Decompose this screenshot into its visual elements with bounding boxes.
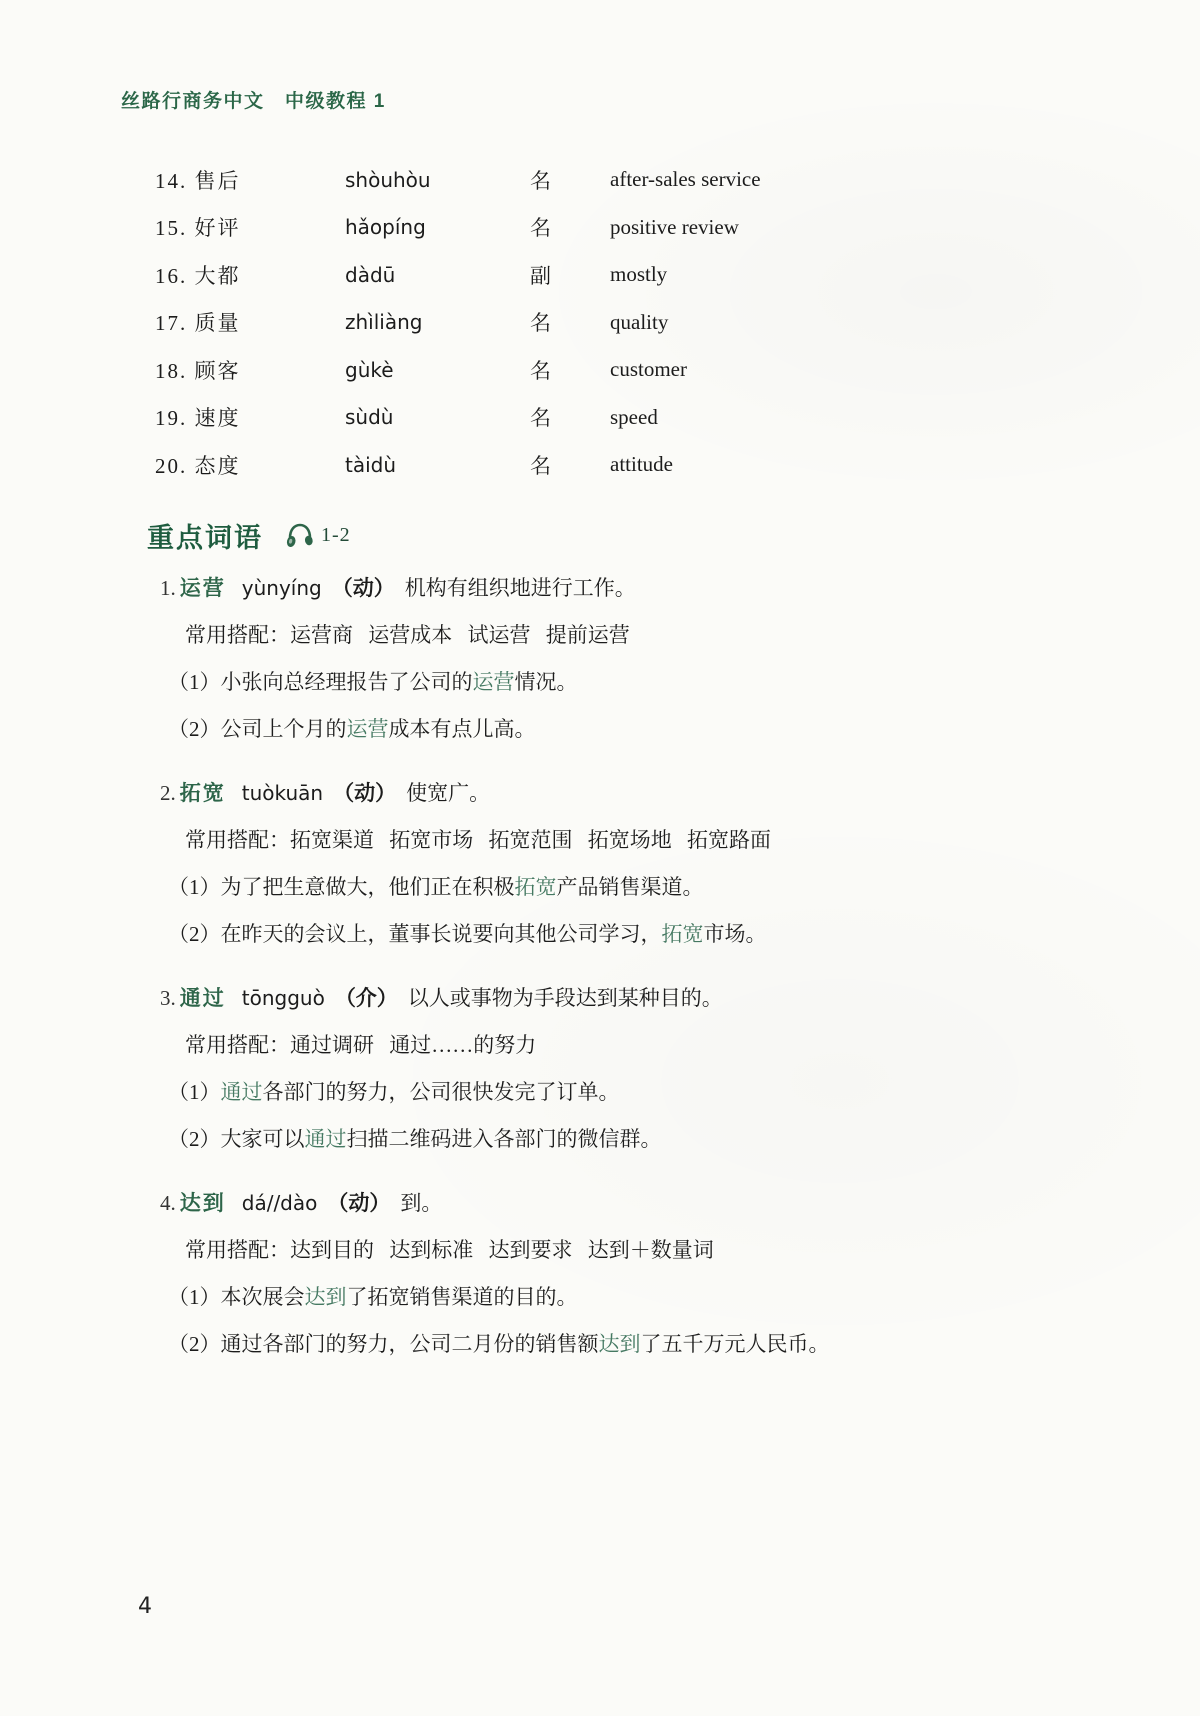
sentence-text: 了五千万元人民币。 xyxy=(641,1332,830,1356)
vocab-word: 14. 售后 xyxy=(155,156,345,204)
vocab-pinyin: zhìliàng xyxy=(345,299,530,347)
example-sentence: （1）为了把生意做大，他们正在积极拓宽产品销售渠道。 xyxy=(160,864,1080,911)
entry-definition: 使宽广。 xyxy=(406,781,490,805)
collocation-line: 常用搭配：达到目的 达到标准 达到要求 达到＋数量词 xyxy=(160,1227,1080,1274)
vocab-row: 15. 好评hǎopíng名positive review xyxy=(155,204,870,252)
sentence-text: 各部门的努力，公司很快发完了订单。 xyxy=(263,1080,620,1104)
sentence-text: （2）在昨天的会议上，董事长说要向其他公司学习， xyxy=(168,922,662,946)
entry-header: 3.通过tōngguò（介）以人或事物为手段达到某种目的。 xyxy=(160,975,1080,1022)
entry-pinyin: dá//dào xyxy=(242,1191,318,1215)
collocation-label: 常用搭配： xyxy=(185,1238,290,1262)
example-sentence: （1）小张向总经理报告了公司的运营情况。 xyxy=(160,659,1080,706)
textbook-page: 丝路行商务中文 中级教程 1 14. 售后shòuhòu名after-sales… xyxy=(0,0,1200,1716)
collocation-label: 常用搭配： xyxy=(185,623,290,647)
vocab-english: positive review xyxy=(610,204,870,252)
entry-pinyin: yùnyíng xyxy=(242,576,322,600)
audio-track-label: 1-2 xyxy=(321,524,351,547)
example-sentence: （2）通过各部门的努力，公司二月份的销售额达到了五千万元人民币。 xyxy=(160,1321,1080,1368)
vocab-table: 14. 售后shòuhòu名after-sales service15. 好评h… xyxy=(155,156,870,489)
entry-header: 4.达到dá//dào（动）到。 xyxy=(160,1180,1080,1227)
collocation-line: 常用搭配：运营商 运营成本 试运营 提前运营 xyxy=(160,612,1080,659)
highlighted-word: 运营 xyxy=(347,717,389,741)
sentence-text: （1）为了把生意做大，他们正在积极 xyxy=(168,875,515,899)
entry-header: 2.拓宽tuòkuān（动）使宽广。 xyxy=(160,770,1080,817)
sentence-text: 扫描二维码进入各部门的微信群。 xyxy=(347,1127,662,1151)
vocab-word: 20. 态度 xyxy=(155,441,345,489)
collocation-items: 通过调研 通过……的努力 xyxy=(290,1033,536,1057)
entry-headword: 通过 xyxy=(180,986,226,1010)
keyword-entries: 1.运营yùnyíng（动）机构有组织地进行工作。常用搭配：运营商 运营成本 试… xyxy=(160,565,1080,1385)
sentence-text: （1）本次展会 xyxy=(168,1285,305,1309)
vocab-pinyin: hǎopíng xyxy=(345,204,530,252)
section-header: 重点词语 1-2 xyxy=(147,516,351,555)
book-title: 丝路行商务中文 中级教程 1 xyxy=(121,86,386,113)
section-title: 重点词语 xyxy=(147,516,263,555)
audio-indicator: 1-2 xyxy=(285,522,351,550)
vocab-word: 19. 速度 xyxy=(155,394,345,442)
collocation-items: 拓宽渠道 拓宽市场 拓宽范围 拓宽场地 拓宽路面 xyxy=(290,828,771,852)
vocab-rows: 14. 售后shòuhòu名after-sales service15. 好评h… xyxy=(155,156,870,489)
vocab-row: 16. 大都dàdū副mostly xyxy=(155,251,870,299)
sentence-text: 情况。 xyxy=(515,670,578,694)
vocab-row: 19. 速度sùdù名speed xyxy=(155,394,870,442)
vocab-pinyin: gùkè xyxy=(345,346,530,394)
sentence-text: （1） xyxy=(168,1080,221,1104)
entry-headword: 达到 xyxy=(180,1191,226,1215)
vocab-word: 15. 好评 xyxy=(155,204,345,252)
vocab-row: 17. 质量zhìliàng名quality xyxy=(155,299,870,347)
example-sentence: （2）公司上个月的运营成本有点儿高。 xyxy=(160,706,1080,753)
vocab-word: 16. 大都 xyxy=(155,251,345,299)
sentence-text: 市场。 xyxy=(704,922,767,946)
entry-pinyin: tōngguò xyxy=(242,986,325,1010)
vocab-pos: 副 xyxy=(530,251,610,299)
sentence-text: 成本有点儿高。 xyxy=(389,717,536,741)
vocab-pinyin: tàidù xyxy=(345,441,530,489)
sentence-text: （2）通过各部门的努力，公司二月份的销售额 xyxy=(168,1332,599,1356)
entry-number: 3. xyxy=(160,986,176,1010)
sentence-text: （1）小张向总经理报告了公司的 xyxy=(168,670,473,694)
vocab-english: customer xyxy=(610,346,870,394)
page-number: 4 xyxy=(138,1594,152,1619)
headphones-icon xyxy=(285,522,315,550)
entry-headword: 拓宽 xyxy=(180,781,226,805)
vocab-row: 18. 顾客gùkè名customer xyxy=(155,346,870,394)
vocab-pos: 名 xyxy=(530,441,610,489)
highlighted-word: 达到 xyxy=(599,1332,641,1356)
entry-pos: （动） xyxy=(332,576,395,600)
sentence-text: 产品销售渠道。 xyxy=(557,875,704,899)
entry-number: 4. xyxy=(160,1191,176,1215)
vocab-pos: 名 xyxy=(530,299,610,347)
sentence-text: 了拓宽销售渠道的目的。 xyxy=(347,1285,578,1309)
vocab-word: 18. 顾客 xyxy=(155,346,345,394)
entry-number: 2. xyxy=(160,781,176,805)
highlighted-word: 达到 xyxy=(305,1285,347,1309)
vocab-english: mostly xyxy=(610,251,870,299)
vocab-pos: 名 xyxy=(530,346,610,394)
entry-pos: （动） xyxy=(333,781,396,805)
vocab-english: quality xyxy=(610,299,870,347)
keyword-entry: 2.拓宽tuòkuān（动）使宽广。常用搭配：拓宽渠道 拓宽市场 拓宽范围 拓宽… xyxy=(160,770,1080,958)
collocation-items: 达到目的 达到标准 达到要求 达到＋数量词 xyxy=(290,1238,714,1262)
vocab-english: after-sales service xyxy=(610,156,870,204)
keyword-entry: 1.运营yùnyíng（动）机构有组织地进行工作。常用搭配：运营商 运营成本 试… xyxy=(160,565,1080,753)
entry-definition: 机构有组织地进行工作。 xyxy=(405,576,636,600)
vocab-pinyin: shòuhòu xyxy=(345,156,530,204)
vocab-english: speed xyxy=(610,394,870,442)
sentence-text: （2）公司上个月的 xyxy=(168,717,347,741)
vocab-pinyin: sùdù xyxy=(345,394,530,442)
entry-header: 1.运营yùnyíng（动）机构有组织地进行工作。 xyxy=(160,565,1080,612)
vocab-pos: 名 xyxy=(530,204,610,252)
highlighted-word: 通过 xyxy=(305,1127,347,1151)
collocation-line: 常用搭配：拓宽渠道 拓宽市场 拓宽范围 拓宽场地 拓宽路面 xyxy=(160,817,1080,864)
entry-pos: （介） xyxy=(335,986,398,1010)
entry-definition: 到。 xyxy=(400,1191,442,1215)
example-sentence: （1）本次展会达到了拓宽销售渠道的目的。 xyxy=(160,1274,1080,1321)
vocab-pos: 名 xyxy=(530,394,610,442)
highlighted-word: 运营 xyxy=(473,670,515,694)
example-sentence: （2）在昨天的会议上，董事长说要向其他公司学习，拓宽市场。 xyxy=(160,911,1080,958)
vocab-row: 14. 售后shòuhòu名after-sales service xyxy=(155,156,870,204)
entry-number: 1. xyxy=(160,576,176,600)
vocab-row: 20. 态度tàidù名attitude xyxy=(155,441,870,489)
entry-pinyin: tuòkuān xyxy=(242,781,323,805)
vocab-english: attitude xyxy=(610,441,870,489)
entry-pos: （动） xyxy=(327,1191,390,1215)
collocation-label: 常用搭配： xyxy=(185,1033,290,1057)
vocab-pinyin: dàdū xyxy=(345,251,530,299)
collocation-items: 运营商 运营成本 试运营 提前运营 xyxy=(290,623,630,647)
keyword-entry: 4.达到dá//dào（动）到。常用搭配：达到目的 达到标准 达到要求 达到＋数… xyxy=(160,1180,1080,1368)
highlighted-word: 拓宽 xyxy=(515,875,557,899)
sentence-text: （2）大家可以 xyxy=(168,1127,305,1151)
collocation-line: 常用搭配：通过调研 通过……的努力 xyxy=(160,1022,1080,1069)
entry-headword: 运营 xyxy=(180,576,226,600)
highlighted-word: 拓宽 xyxy=(662,922,704,946)
collocation-label: 常用搭配： xyxy=(185,828,290,852)
example-sentence: （1）通过各部门的努力，公司很快发完了订单。 xyxy=(160,1069,1080,1116)
vocab-pos: 名 xyxy=(530,156,610,204)
example-sentence: （2）大家可以通过扫描二维码进入各部门的微信群。 xyxy=(160,1116,1080,1163)
keyword-entry: 3.通过tōngguò（介）以人或事物为手段达到某种目的。常用搭配：通过调研 通… xyxy=(160,975,1080,1163)
entry-definition: 以人或事物为手段达到某种目的。 xyxy=(408,986,723,1010)
highlighted-word: 通过 xyxy=(221,1080,263,1104)
vocab-word: 17. 质量 xyxy=(155,299,345,347)
